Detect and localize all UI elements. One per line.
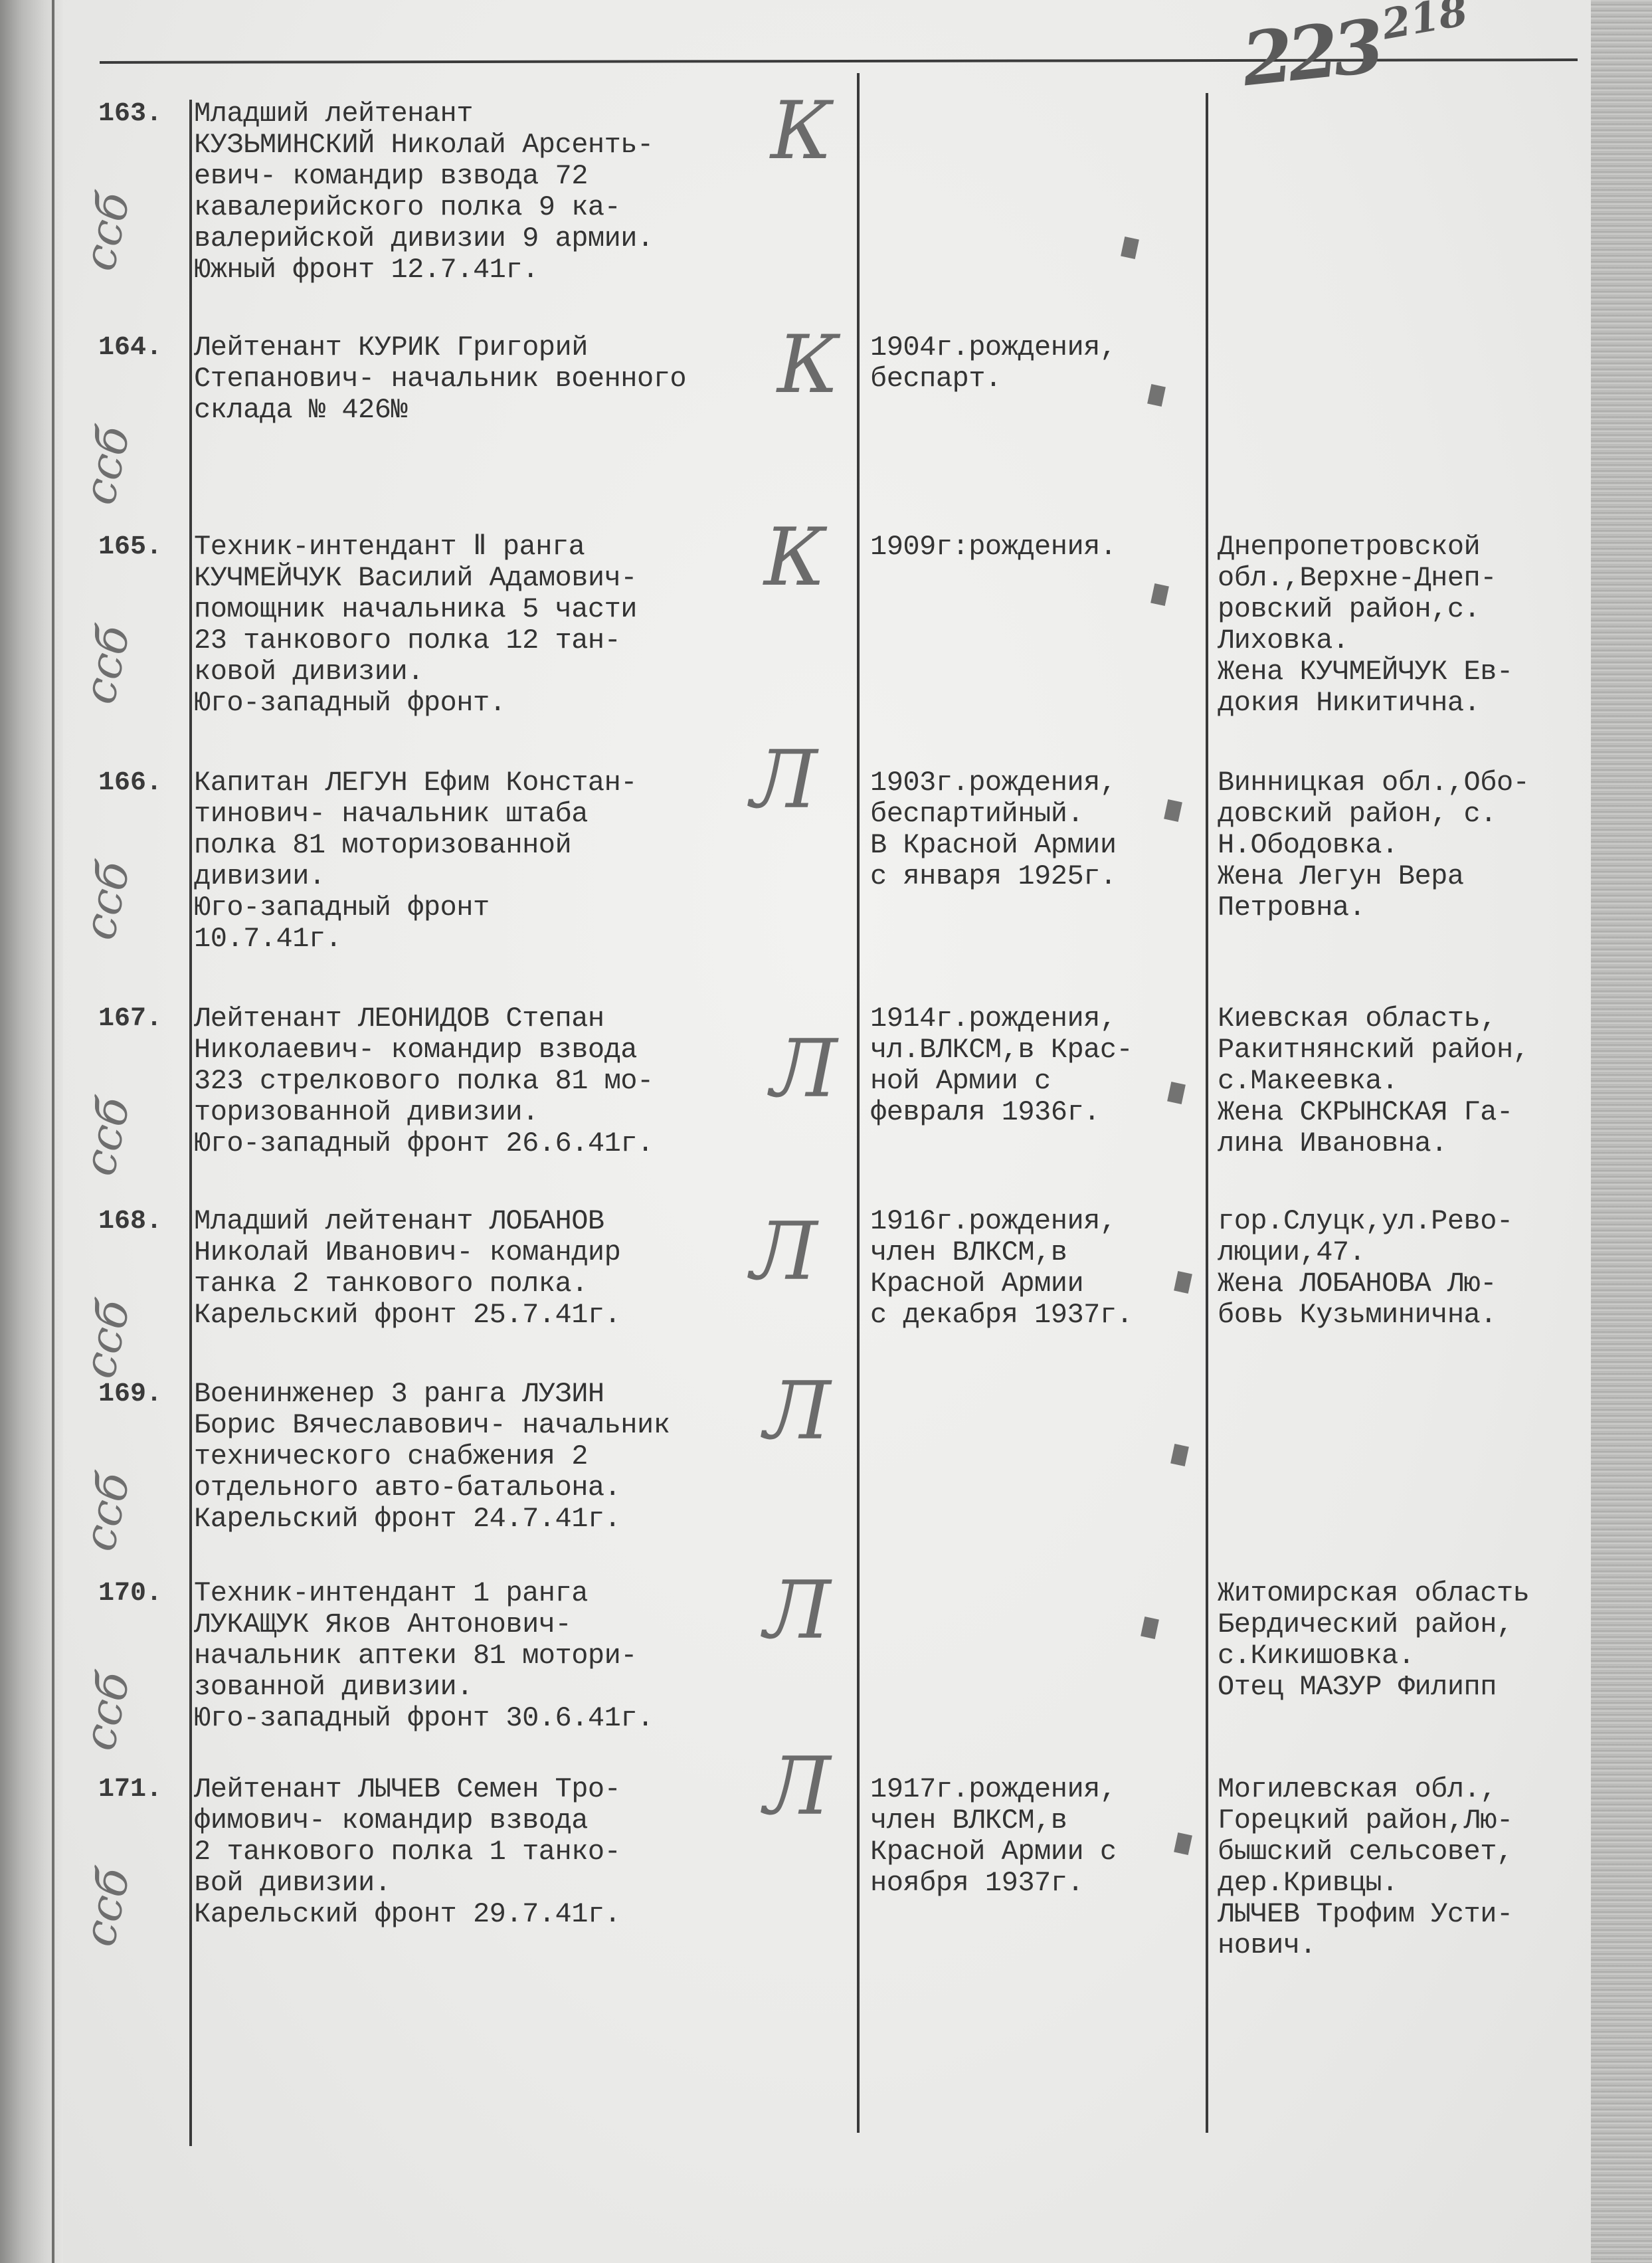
entry-number: 169. [98, 1379, 162, 1410]
handwritten-check-mark: К [764, 518, 826, 598]
entry-number: 166. [98, 767, 162, 799]
entry-birth-party: 1914г.рождения, чл.ВЛКСМ,в Крас- ной Арм… [870, 1003, 1202, 1128]
entry-birth-party: 1916г.рождения, член ВЛКСМ,в Красной Арм… [870, 1206, 1202, 1331]
entry-rank-name-position: Лейтенант ЛЫЧЕВ Семен Тро- фимович- кома… [194, 1774, 852, 1930]
column-divider-number [189, 100, 192, 2146]
entry-address-relatives: Винницкая обл.,Обо- довский район, с. Н.… [1218, 767, 1590, 924]
entry-rank-name-position: Лейтенант КУРИК Григорий Степанович- нач… [194, 332, 852, 426]
entry-address-relatives: Житомирская область Бердический район, с… [1218, 1578, 1590, 1703]
handwritten-check-mark: Л [751, 741, 817, 821]
entry-rank-name-position: Военинженер 3 ранга ЛУЗИН Борис Вячеслав… [194, 1379, 852, 1535]
handwritten-check-mark: Л [764, 1372, 830, 1452]
entry-number: 165. [98, 532, 162, 563]
entry-rank-name-position: Техник-интендант Ⅱ ранга КУЧМЕЙЧУК Васил… [194, 532, 852, 719]
entry-rank-name-position: Лейтенант ЛЕОНИДОВ Степан Николаевич- ко… [194, 1003, 852, 1159]
entry-address-relatives: Днепропетровской обл.,Верхне-Днеп- ровск… [1218, 532, 1590, 719]
entry-rank-name-position: Техник-интендант 1 ранга ЛУКАЩУК Яков Ан… [194, 1578, 852, 1734]
entry-birth-party: 1909г:рождения. [870, 532, 1202, 563]
handwritten-check-mark: Л [771, 1030, 837, 1110]
handwritten-check-mark: Л [764, 1747, 830, 1827]
entry-number: 171. [98, 1774, 162, 1805]
archive-page-number: 223 [1238, 3, 1383, 103]
entry-number: 167. [98, 1003, 162, 1034]
entry-birth-party: 1903г.рождения, беспартийный. В Красной … [870, 767, 1202, 892]
handwritten-check-mark: К [777, 326, 839, 405]
entry-address-relatives: гор.Слуцк,ул.Рево- люции,47. Жена ЛОБАНО… [1218, 1206, 1590, 1331]
entry-address-relatives: Киевская область, Ракитнянский район, с.… [1218, 1003, 1590, 1159]
page-edge-right [1591, 0, 1652, 2263]
handwritten-check-mark: К [771, 92, 832, 171]
column-divider-address [1206, 93, 1208, 2133]
entry-birth-party: 1917г.рождения, член ВЛКСМ,в Красной Арм… [870, 1774, 1202, 1899]
entry-number: 168. [98, 1206, 162, 1237]
handwritten-check-mark: Л [764, 1571, 830, 1651]
entry-number: 170. [98, 1578, 162, 1609]
entry-address-relatives: Могилевская обл., Горецкий район,Лю- быш… [1218, 1774, 1590, 1961]
handwritten-check-mark: Л [751, 1213, 817, 1292]
book-binding-left [0, 0, 63, 2263]
entry-rank-name-position: Младший лейтенант КУЗЬМИНСКИЙ Николай Ар… [194, 98, 852, 286]
entry-number: 164. [98, 332, 162, 363]
entry-number: 163. [98, 98, 162, 130]
column-divider-birth [857, 73, 860, 2133]
